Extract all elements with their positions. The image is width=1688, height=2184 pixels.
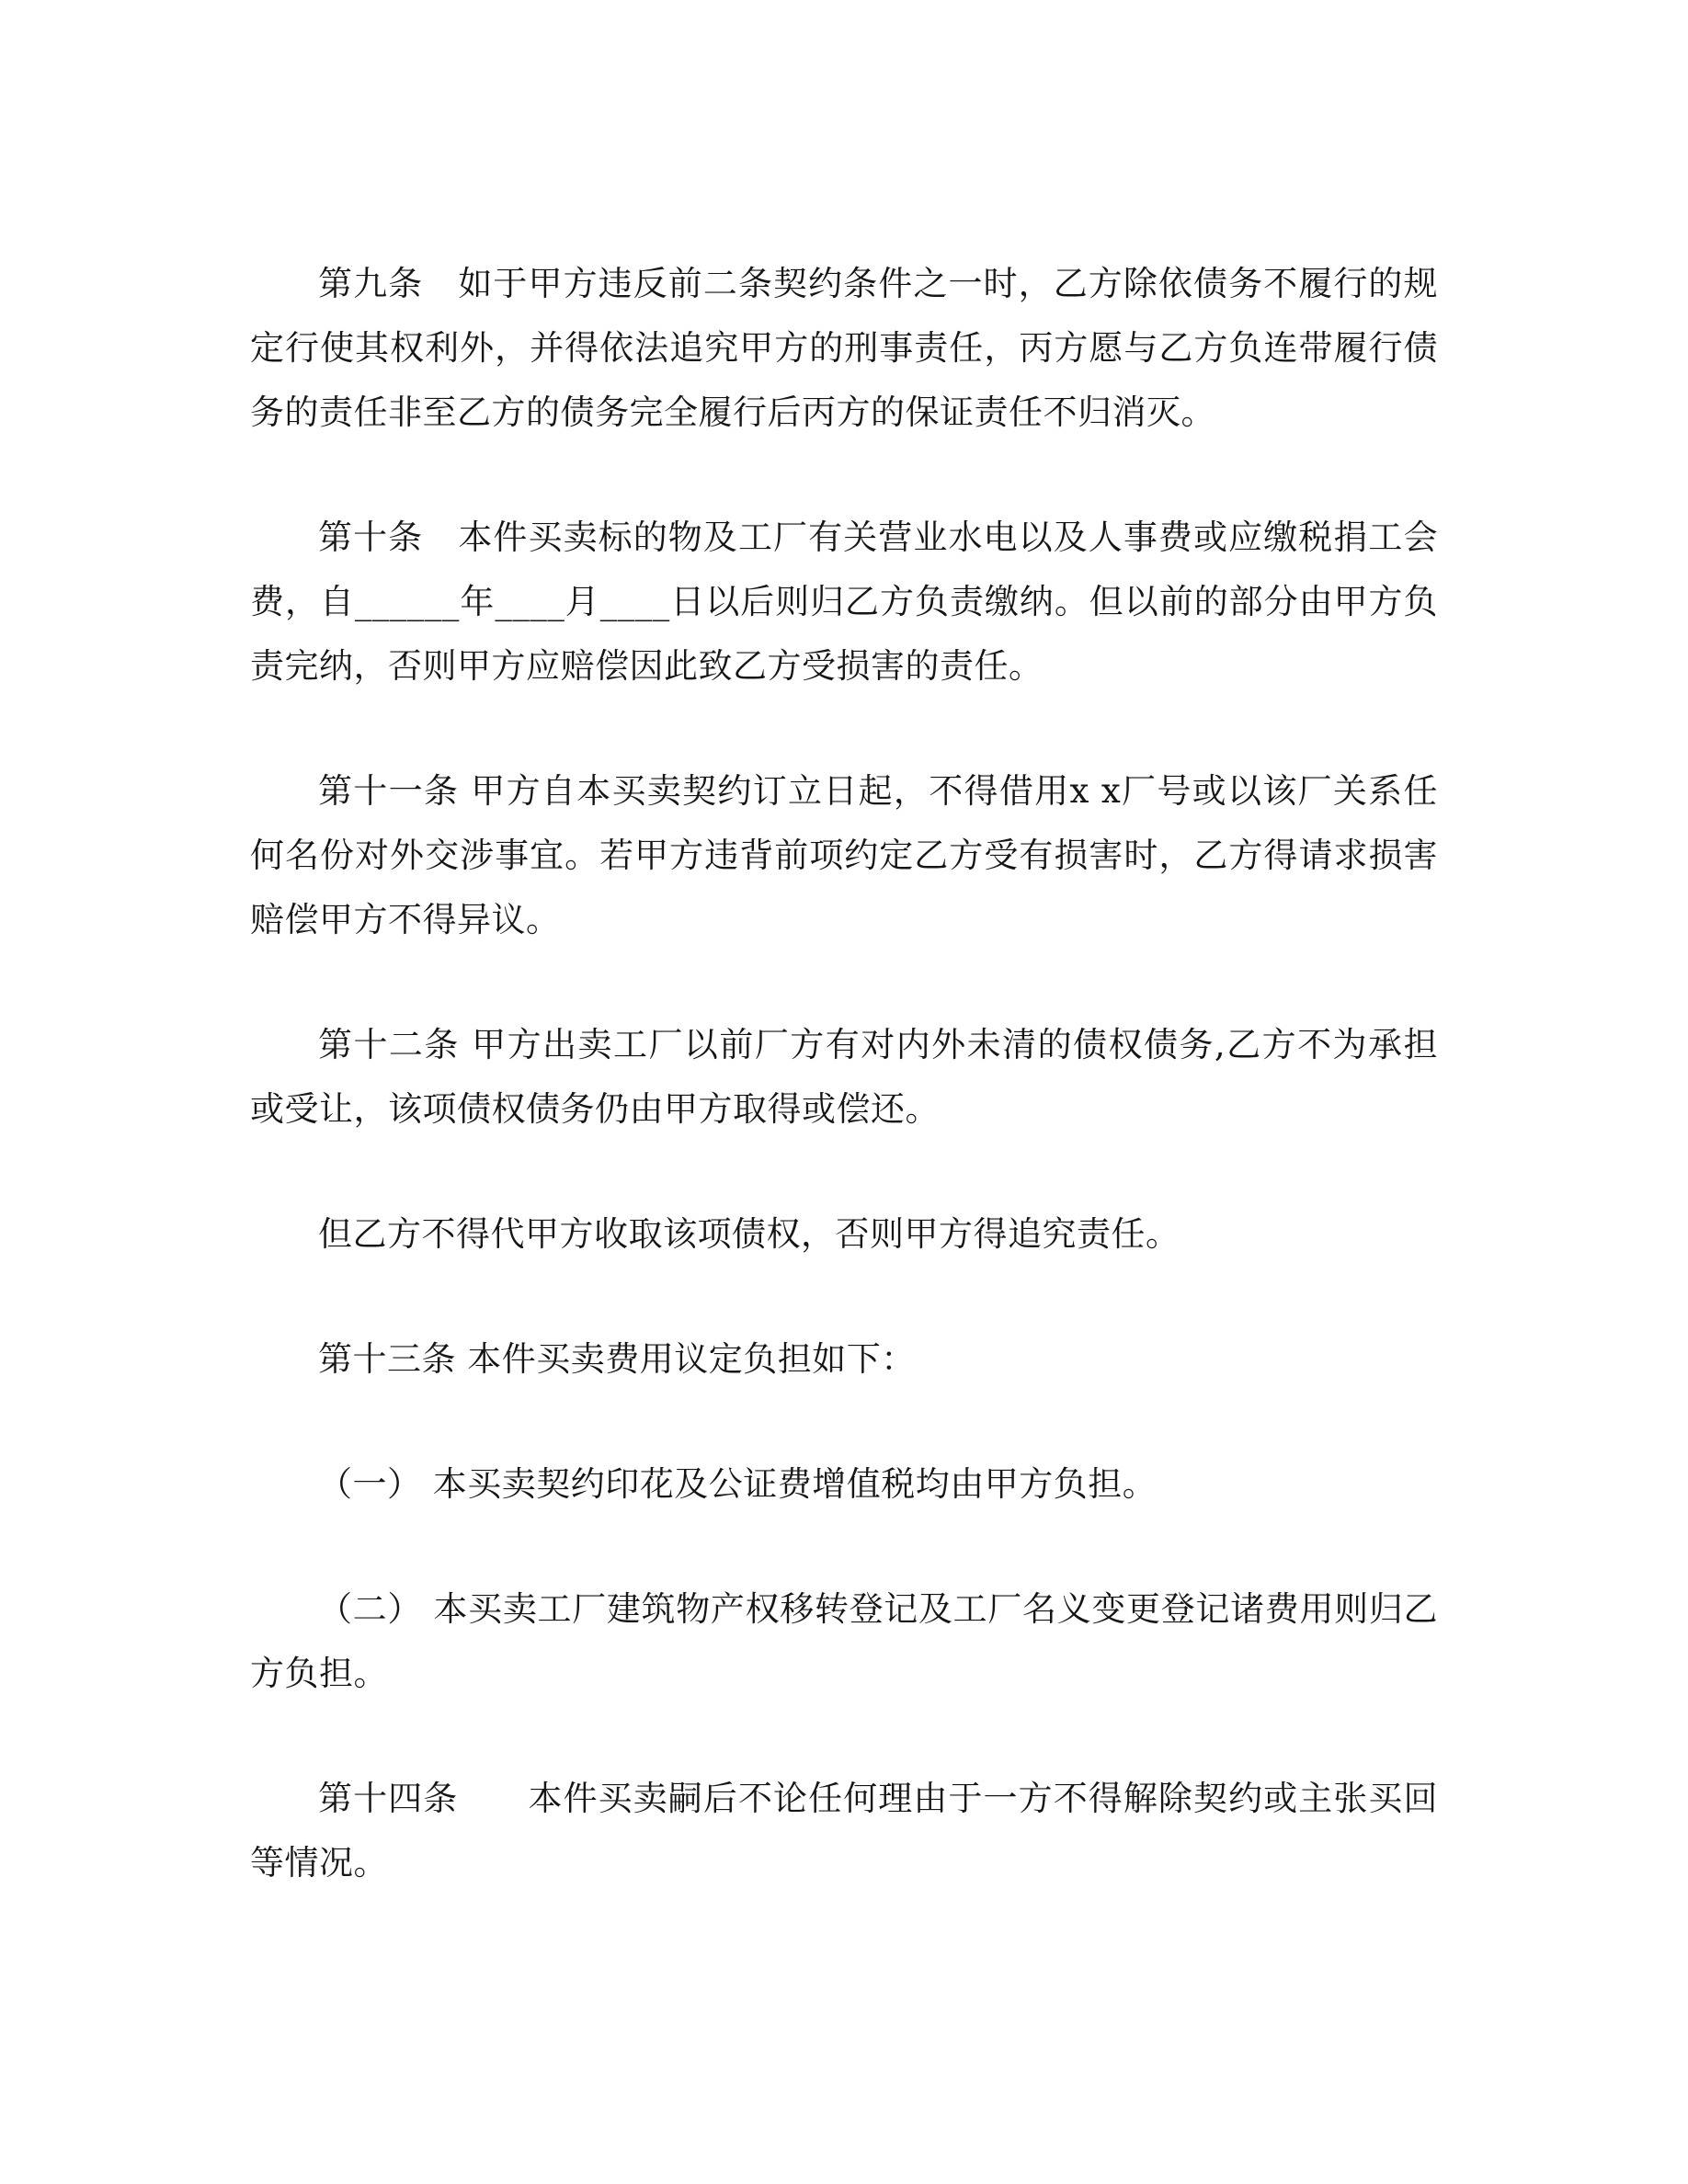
contract-body: 第九条 如于甲方违反前二条契约条件之一时，乙方除依债务不履行的规定行使其权利外，… [250,252,1438,1895]
contract-paragraph-article-11: 第十一条 甲方自本买卖契约订立日起，不得借用x x厂号或以该厂关系任何名份对外交… [250,759,1438,952]
contract-paragraph-article-13-item-2: （二） 本买卖工厂建筑物产权移转登记及工厂名义变更登记诸费用则归乙方负担。 [250,1577,1438,1706]
contract-paragraph-article-9: 第九条 如于甲方违反前二条契约条件之一时，乙方除依债务不履行的规定行使其权利外，… [250,252,1438,445]
contract-paragraph-article-10: 第十条 本件买卖标的物及工厂有关营业水电以及人事费或应缴税捐工会费，自_____… [250,506,1438,699]
contract-paragraph-article-14: 第十四条 本件买卖嗣后不论任何理由于一方不得解除契约或主张买回等情况。 [250,1767,1438,1895]
contract-paragraph-article-12-proviso: 但乙方不得代甲方收取该项债权，否则甲方得追究责任。 [250,1202,1438,1267]
contract-paragraph-article-13-item-1: （一） 本买卖契约印花及公证费增值税均由甲方负担。 [250,1452,1438,1517]
contract-paragraph-article-12: 第十二条 甲方出卖工厂以前厂方有对内外未清的债权债务,乙方不为承担或受让，该项债… [250,1013,1438,1142]
contract-page: 第九条 如于甲方违反前二条契约条件之一时，乙方除依债务不履行的规定行使其权利外，… [0,0,1688,2184]
contract-paragraph-article-13: 第十三条 本件买卖费用议定负担如下： [250,1327,1438,1392]
